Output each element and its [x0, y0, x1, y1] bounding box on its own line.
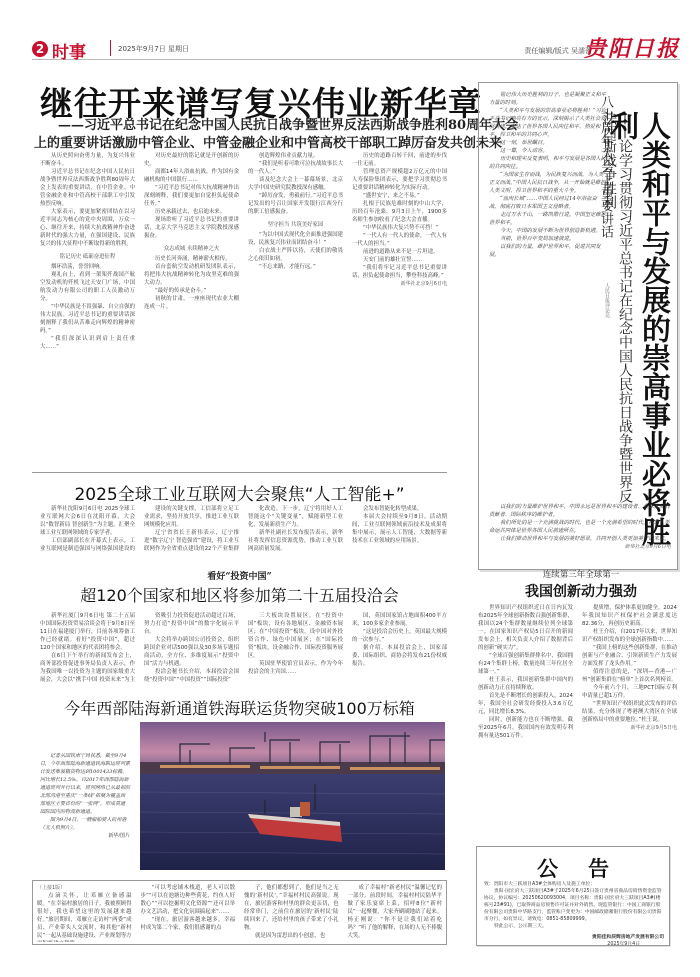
paragraph: “我国上榜的这些创新集群，在推动创新与产业融合、引领新质生产力发展方面发挥了龙头…: [582, 644, 677, 668]
ip-column-1: 世界知识产权组织近日在日内瓦发布2025年全球创新指数百强创新集群，我国以24个…: [478, 604, 573, 839]
paragraph: 成了幸福村“新老村民”温馨记忆的一部分。前段时间，幸福村村民陆华平做了家乐宴席上…: [348, 884, 443, 940]
paragraph: 世界知识产权组织近日在日内瓦发布2025年全球创新指数百强创新集群，我国以24个…: [478, 604, 573, 652]
paragraph: 以我们的力量维护世界和平，中国永远是世界和平的建设者、全球发展的贡献者、国际秩序…: [489, 503, 671, 519]
paragraph: “最好的传承是奋斗。”: [144, 287, 239, 295]
photo-article-headline: 今年西部陆海新通道铁海联运货物突破100万标箱: [32, 696, 447, 719]
invest-column-1: 新华社厦门9月6日电 第二十五届中国国际投资贸易洽谈会将于9月8日至11日在福建…: [40, 612, 135, 684]
notice-signer: 贵阳佳和辰辉房地产发展有限公司: [484, 934, 664, 941]
paragraph: 记者从国铁南宁局获悉，截至9月4日，今年西部陆海新通道铁海联运班列累计发送集装箱…: [40, 752, 130, 816]
paragraph: 白衣战士严阵以待，天使们的敬畏之心依旧如初。: [248, 247, 343, 263]
paragraph: “为国家生存而战，为民族复兴而战，为人类正义而战。”中国人民抗日战争，从一开始就…: [489, 171, 607, 195]
continued-article-box: （上接1版） 点滴关怀，让邓雁立备感温暖。“在幸福村旅居的日子，我被照顾得很好，…: [32, 880, 447, 945]
paragraph: 对历史最好的铭记就是开创新的历史。: [144, 152, 239, 168]
paragraph: 当前，世界百年变局加速演进。: [489, 235, 607, 243]
paragraph: “中华民族伟大复兴势不可挡！”: [352, 224, 447, 232]
ai-column-2: 建设的关键支撑，工信部将立足工业需求，坚持开放共享，推进工业互联网规模化应用。 …: [144, 505, 239, 553]
paragraph: 现场聆听了习近平总书记的重要讲话，北京大学马克思主义学院教授深感振奋。: [144, 216, 239, 240]
byline: 新华社北京9月5日电: [582, 724, 677, 732]
port-ship-image: [140, 722, 445, 870]
paragraph: 点滴关怀，让邓雁立备感温暖。“在幸福村旅居的日子，我被照顾得很好，我也希望这里的…: [37, 892, 132, 942]
lead-subhead-1: ——习近平总书记在纪念中国人民抗日战争暨世界反法西斯战争胜利80周年大会: [58, 114, 518, 133]
continued-column-1: （上接1版） 点滴关怀，让邓雁立备感温暖。“在幸福村旅居的日子，我被照顾得很好，…: [37, 884, 132, 942]
paragraph: “为以中国式现代化全面推进强国建设、民族复兴伟业而团结奋斗！”: [248, 231, 343, 247]
paragraph: 走过万水千山，一路凯歌行进。中国坚定维护世界和平。: [489, 211, 607, 227]
editorial-source: 人民日报评论员: [604, 283, 611, 318]
paragraph: 化改造。下一步，辽宁将用好人工智能这个“关键变量”，赋能新型工业化，发展新质生产…: [248, 505, 343, 529]
ai-column-3: 化改造。下一步，辽宁将用好人工智能这个“关键变量”，赋能新型工业化，发展新质生产…: [248, 505, 343, 553]
public-notice-box: 公告 致：贵阳市大三跃项目A3#全体购房人及施工单位： 贵阳·国宏府大三跃项目A…: [476, 846, 670, 946]
editor-credit: 责任编辑/版式 吴濡蕾: [524, 46, 592, 56]
paragraph: 新华社副社长发布报告表示，新华社将发挥信息资源优势，推动工业互联网高质量发展。: [248, 529, 343, 553]
invest-column-3: 三大板块设置展区。在“投资中国”板块，设有各地展区、金融资本展区；在“中国投资”…: [248, 612, 343, 684]
divider: [110, 40, 111, 56]
paragraph: “世界知识产权组织此次发布的评估结果，充分体现了粤港澳大湾区在全球创新格局中的重…: [582, 700, 677, 724]
lead-subhead-2: 上的重要讲话激励中管企业、中管金融企业和中管高校干部职工踔厉奋发共创未来: [34, 132, 502, 151]
invest-column-2: 资吸引力投资促进活动超过百场，努力打造“投资中国”的数字化展示平台。 大会将举办…: [144, 612, 239, 684]
notice-body: 致：贵阳市大三跃项目A3#全体购房人及施工单位： 贵阳·国宏府大三跃项目A3#于…: [484, 881, 664, 948]
photo-caption: 记者从国铁南宁局获悉，截至9月4日，今年西部陆海新通道铁海联运班列累计发送集装箱…: [40, 752, 130, 840]
divider: [32, 472, 447, 473]
paragraph: 国，英国国家馆占地面积400平方米，100多家企业参展。: [352, 612, 447, 628]
paragraph: 同时，创新能力也在不断增强。截至2025年6月，我国国内有效发明专利拥有量达50…: [478, 716, 573, 740]
section-subhead: 众志成城 永续精神之火: [144, 245, 239, 253]
page-number-badge: 2: [32, 41, 48, 57]
paragraph: 谈及纪念大会上一幕幕场景，北京大学中国史研究院教授深有感触。: [248, 176, 343, 192]
editorial-body: 铭记伟大历史胜利的日子，也是凝聚正义和平力量的时刻。 “人类和平与发展的崇高事业…: [489, 91, 607, 496]
ai-article-headline: 2025全球工业互联网大会聚焦“人工智能+”: [32, 480, 447, 505]
paragraph: 杜王介绍，自2017年以来，世界知识产权组织发布的全球创新指数中……: [582, 628, 677, 644]
paragraph: 值得注意的是，“深圳—香港—广州”创新集群在“榜单”上首次名列榜首。: [582, 668, 677, 684]
ip-column-2: 提质增，保护体系更加健全。2024年我国知识产权保护社会满意度达82.36分，再…: [582, 604, 677, 839]
lead-column-1: 从历史照向奋勇力量，为复兴伟业不断奋斗。 习近平总书记在纪念中国人民抗日战争暨世…: [40, 152, 135, 422]
paragraph: 新华社沈阳9月6日电 2025全球工业互联网大会6日在沈阳开幕，大会以“数智新局…: [40, 505, 135, 537]
paragraph: 新华社厦门9月6日电 第二十五届中国国际投资贸易洽谈会将于9月8日至11日在福建…: [40, 612, 135, 652]
invest-body: 新华社厦门9月6日电 第二十五届中国国际投资贸易洽谈会将于9月8日至11日在福建…: [40, 612, 447, 684]
lead-column-3: 创造辉煌伟业贡献力量。 “我们是听着可歌可泣抗战故事长大的一代人。” 谈及纪念大…: [248, 152, 343, 422]
paragraph: 扎根于民族危难时刻的中山大学，历经百年沧桑。9月3日上午，1900多名师生参加收…: [352, 200, 447, 224]
paragraph: “这是投洽会历史上，英国最大规模的一次参与。”: [352, 628, 447, 644]
editorial-box: 铭记伟大历史胜利的日子，也是凝聚正义和平力量的时刻。 “人类和平与发展的崇高事业…: [478, 82, 678, 570]
paragraph: “我们将牢记习近平总书记重要讲话，担负起使命担当，攀登科技高峰。”: [352, 264, 447, 280]
paragraph: 子，他们都想到了，他们是当之无愧的‘新村民’。”幸福村村民高强说。现在，旅居游客…: [244, 884, 339, 932]
paragraph: “现在，旅居游客越来越多，幸福村成为第二个家，我们很感谢的点: [141, 916, 236, 932]
continued-column-2: “可以考虑铺木栈道，老人可以散步”“可以在池塘边种些荷花，约鱼人好散心”“可以挖…: [141, 884, 236, 942]
paragraph: 在6日下午举行的新闻发布会上，商务部投资促进事务局负责人表示，作为我国唯一以投资…: [40, 652, 135, 684]
paragraph: 大家表示，要更加紧密团结在以习近平同志为核心的党中央周围，万众一心、继往开来，持…: [40, 208, 135, 248]
paragraph: 图为9月4日，一艘船舶驶入钦州港（无人机照片）。: [40, 816, 130, 832]
paragraph: 本届大会持续至9月8日。活动期间，工业互联网领域前沿技术及成果将集中展示，展示人…: [352, 513, 447, 545]
paragraph: 资吸引力投资促进活动超过百场，努力打造“投资中国”的数字化展示平台。: [144, 612, 239, 636]
paragraph: “一代人有一代人的使命，一代人有一代人的担当。”: [352, 232, 447, 248]
newspaper-logo: 贵阳日报: [584, 32, 680, 63]
continued-column-3: 子，他们都想到了，他们是当之无愧的‘新村民’。”幸福村村民高强说。现在，旅居游客…: [244, 884, 339, 942]
paragraph: “血肉长城”……中国人民经过14年浴血奋战，彻底打败日本军国主义侵略者。: [489, 195, 607, 211]
lead-column-4: 历史的道路百转千回，前进的步伐一往无前。 管理总资产规模超2万亿元的中国人寿保险…: [352, 152, 447, 422]
paragraph: “习近平总书记对伟大抗战精神作出深刻阐释，我们要更加自觉担负起使命任务。”: [144, 184, 239, 208]
byline: 新华社北京9月6日电: [352, 280, 447, 288]
paragraph: 首台套航空发动机研发团队表示，将把伟大抗战精神转化为攻坚克难的强大动力。: [144, 263, 239, 287]
byline: 新华社北京9月6日电: [489, 543, 671, 551]
paragraph: 前进的道路从来不是一片坦途。: [352, 248, 447, 256]
paragraph: 天安门前的雄壮宣誓……: [352, 256, 447, 264]
paragraph: 历史的道路百转千回，前进的步伐一往无前。: [352, 152, 447, 168]
paragraph: “踔厉奋发，勇毅前行。”习近平总书记发出的号召让国家开发银行江西分行的职工倍感振…: [248, 192, 343, 216]
paragraph: “全球百强创新集群排名中，我国拥有24个集群上榜，数量连续三年位居全球第一。”: [478, 652, 573, 676]
paragraph: 历史长河奔涌，精神薪火相传。: [144, 255, 239, 263]
paragraph: 历史承载过去，也启迪未来。: [144, 208, 239, 216]
port-photo: [140, 722, 445, 870]
masthead: 2 时事 2025年9月7日 星期日 责任编辑/版式 吴濡蕾 贵阳日报: [32, 38, 680, 60]
paragraph: 让我们推动世界和平与发展的美好愿景，共同开创人类更加美好的未来。: [489, 535, 671, 543]
paragraph: “人类和平与发展的崇高事业必将胜利！”习近平总书记响亮有力的宣示，深刻揭示了人类…: [489, 107, 607, 139]
paragraph: 大会将举办跨国公司投资会，组织跨国企业对话500强以及30多场专题招商活动，全方…: [144, 636, 239, 668]
paragraph: 杜王表示，我国创新集群中国内的创新动力正在持续释放。: [478, 676, 573, 692]
paragraph: 管理总资产规模超2万亿元的中国人寿保险集团表示，要把学习贯彻总书记重要讲话精神转…: [352, 168, 447, 192]
continued-body: （上接1版） 点滴关怀，让邓雁立备感温暖。“在幸福村旅居的日子，我被照顾得很好，…: [37, 884, 442, 942]
paragraph: 贵阳·国宏府大三跃项目A3#于2025年6月25日签订贵州省商品房销售资金监管协…: [484, 888, 664, 923]
ai-column-1: 新华社沈阳9月6日电 2025全球工业互联网大会6日在沈阳开幕，大会以“数智新局…: [40, 505, 135, 553]
paragraph: 辽宁省省长王新伟表示，辽宁推进“数字辽宁 智造强省”建设，将工业互联网作为全省重…: [144, 529, 239, 553]
paragraph: 今年前六个月，三地PCT国际专利申请量已超1万件。: [582, 684, 677, 700]
paragraph: 初秋的甘肃，一座座现代农业大棚连成一片。: [144, 295, 239, 311]
ip-kicker: 连续第三年全球第一: [476, 568, 686, 580]
paragraph: 建设的关键支撑，工信部将立足工业需求，坚持开放共享，推进工业互联网规模化应用。: [144, 505, 239, 529]
paragraph: 致：贵阳市大三跃项目A3#全体购房人及施工单位：: [484, 881, 664, 888]
ip-headline: 我国创新动力强劲: [476, 581, 686, 601]
lead-column-2: 对历史最好的铭记就是开创新的历史。 商都14年人浴血抗战，作为国有金融机构的中国…: [144, 152, 239, 422]
ai-article-body: 新华社沈阳9月6日电 2025全球工业互联网大会6日在沈阳开幕，大会以“数智新局…: [40, 505, 447, 553]
paragraph: “盛世安宁，来之不易。”: [352, 192, 447, 200]
paragraph: 特此公示，公示期三天。: [484, 923, 664, 930]
paragraph: 我们所处的是一个充满挑战的时代，也是一个充满希望的时代。构建人类命运共同体是世界…: [489, 519, 671, 535]
notice-date: 2025年9月4日: [484, 941, 640, 948]
paragraph: 工信部副部长在开幕式上表示，工业互联网是制造强国与网络强国建设的关键支撑。: [40, 537, 135, 553]
paragraph: 历史和现实反复表明，和平与发展是各国人民的共同向往。: [489, 155, 607, 171]
notice-title: 公告: [477, 853, 669, 883]
editorial-title: 人类和平与发展的崇高事业必将胜利: [607, 111, 671, 569]
paragraph: “可以考虑铺木栈道，老人可以散步”“可以在池塘边种些荷花，约鱼人好散心”“可以挖…: [141, 884, 236, 916]
paragraph: 这一刻，举世瞩目。: [489, 139, 607, 147]
paragraph: “不忘来路，才能行远。”: [248, 263, 343, 271]
paragraph: “我们是听着可歌可泣抗战故事长大的一代人。”: [248, 160, 343, 176]
paragraph: 投洽会秘书长介绍，本届投洽会围绕“投资中国”“中国投资”“国际投资”: [144, 668, 239, 684]
paragraph: 观礼台上，看到一架架歼战国产航空发动机的歼机飞过天安门广场，中国航发动力有限公司…: [40, 271, 135, 303]
paragraph: 三大板块设置展区。在“投资中国”板块，设有各地展区、金融资本展区；在“中国投资”…: [248, 612, 343, 660]
paragraph: 提质增，保护体系更加健全。2024年我国知识产权保护社会满意度达82.36分，再…: [582, 604, 677, 628]
paragraph: 今天，中国的发展不断为世界创造新机遇。: [489, 227, 607, 235]
paragraph: 这一幕，令人动容。: [489, 147, 607, 155]
section-title: 时事: [52, 38, 86, 63]
paragraph: 据介绍，本届投洽会上，国家部委、国际组织、商协会将发布21份权威报告。: [352, 644, 447, 668]
ip-body: 世界知识产权组织近日在日内瓦发布2025年全球创新指数百强创新集群，我国以24个…: [478, 604, 677, 839]
continued-column-4: 成了幸福村“新老村民”温馨记忆的一部分。前段时间，幸福村村民陆华平做了家乐宴席上…: [348, 884, 443, 942]
paragraph: 习近平总书记在纪念中国人民抗日战争暨世界反法西斯战争胜利80周年大会上发表的重要…: [40, 168, 135, 208]
paragraph: 首先是不断增长的创新投入。2024年，我国全社会研发经费投入3.6万亿元，同比增…: [478, 692, 573, 716]
ai-column-4: 会发布智能化转型成果。 本届大会持续至9月8日。活动期间，工业互联网领域前沿技术…: [352, 505, 447, 553]
lead-body: 从历史照向奋勇力量，为复兴伟业不断奋斗。 习近平总书记在纪念中国人民抗日战争暨世…: [40, 152, 447, 422]
continued-label: （上接1版）: [37, 884, 132, 892]
section-subhead: 铭记历史 砥砺奋进征程: [40, 253, 135, 261]
photo-credit: 新华/图片: [40, 832, 130, 840]
paragraph: 就是因为雷思出的小创意，也: [244, 932, 339, 940]
section-subhead: 坚守担当 共筑美好家园: [248, 221, 343, 229]
paragraph: “我们深深认识到肩上责任重大……”: [40, 335, 135, 351]
paragraph: 创造辉煌伟业贡献力量。: [248, 152, 343, 160]
paragraph: “中华民族是不畏强暴、自立自强的伟大民族。习近平总书记的重要讲话深刻阐释了我们从…: [40, 303, 135, 335]
paragraph: 英国驻华使馆官员表示，作为今年投洽会的主宾国……: [248, 660, 343, 676]
editorial-closing: 以我们的力量维护世界和平，中国永远是世界和平的建设者、全球发展的贡献者、国际秩序…: [489, 503, 671, 551]
paragraph: 以我们的力量，维护世界和平，促进共同发展。: [489, 243, 607, 259]
invest-headline: 超120个国家和地区将参加第二十五届投洽会: [32, 583, 447, 606]
invest-kicker: 看好“投资中国”: [32, 569, 447, 582]
paragraph: 从历史照向奋勇力量，为复兴伟业不断奋斗。: [40, 152, 135, 168]
issue-date: 2025年9月7日 星期日: [118, 44, 189, 54]
paragraph: 商都14年人浴血抗战，作为国有金融机构的中国银行……: [144, 168, 239, 184]
paragraph: 铭记伟大历史胜利的日子，也是凝聚正义和平力量的时刻。: [489, 91, 607, 107]
paragraph: 烟环浩荡，誉誉回响。: [40, 263, 135, 271]
invest-column-4: 国，英国国家馆占地面积400平方米，100多家企业参展。 “这是投洽会历史上，英…: [352, 612, 447, 684]
paragraph: 会发布智能化转型成果。: [352, 505, 447, 513]
